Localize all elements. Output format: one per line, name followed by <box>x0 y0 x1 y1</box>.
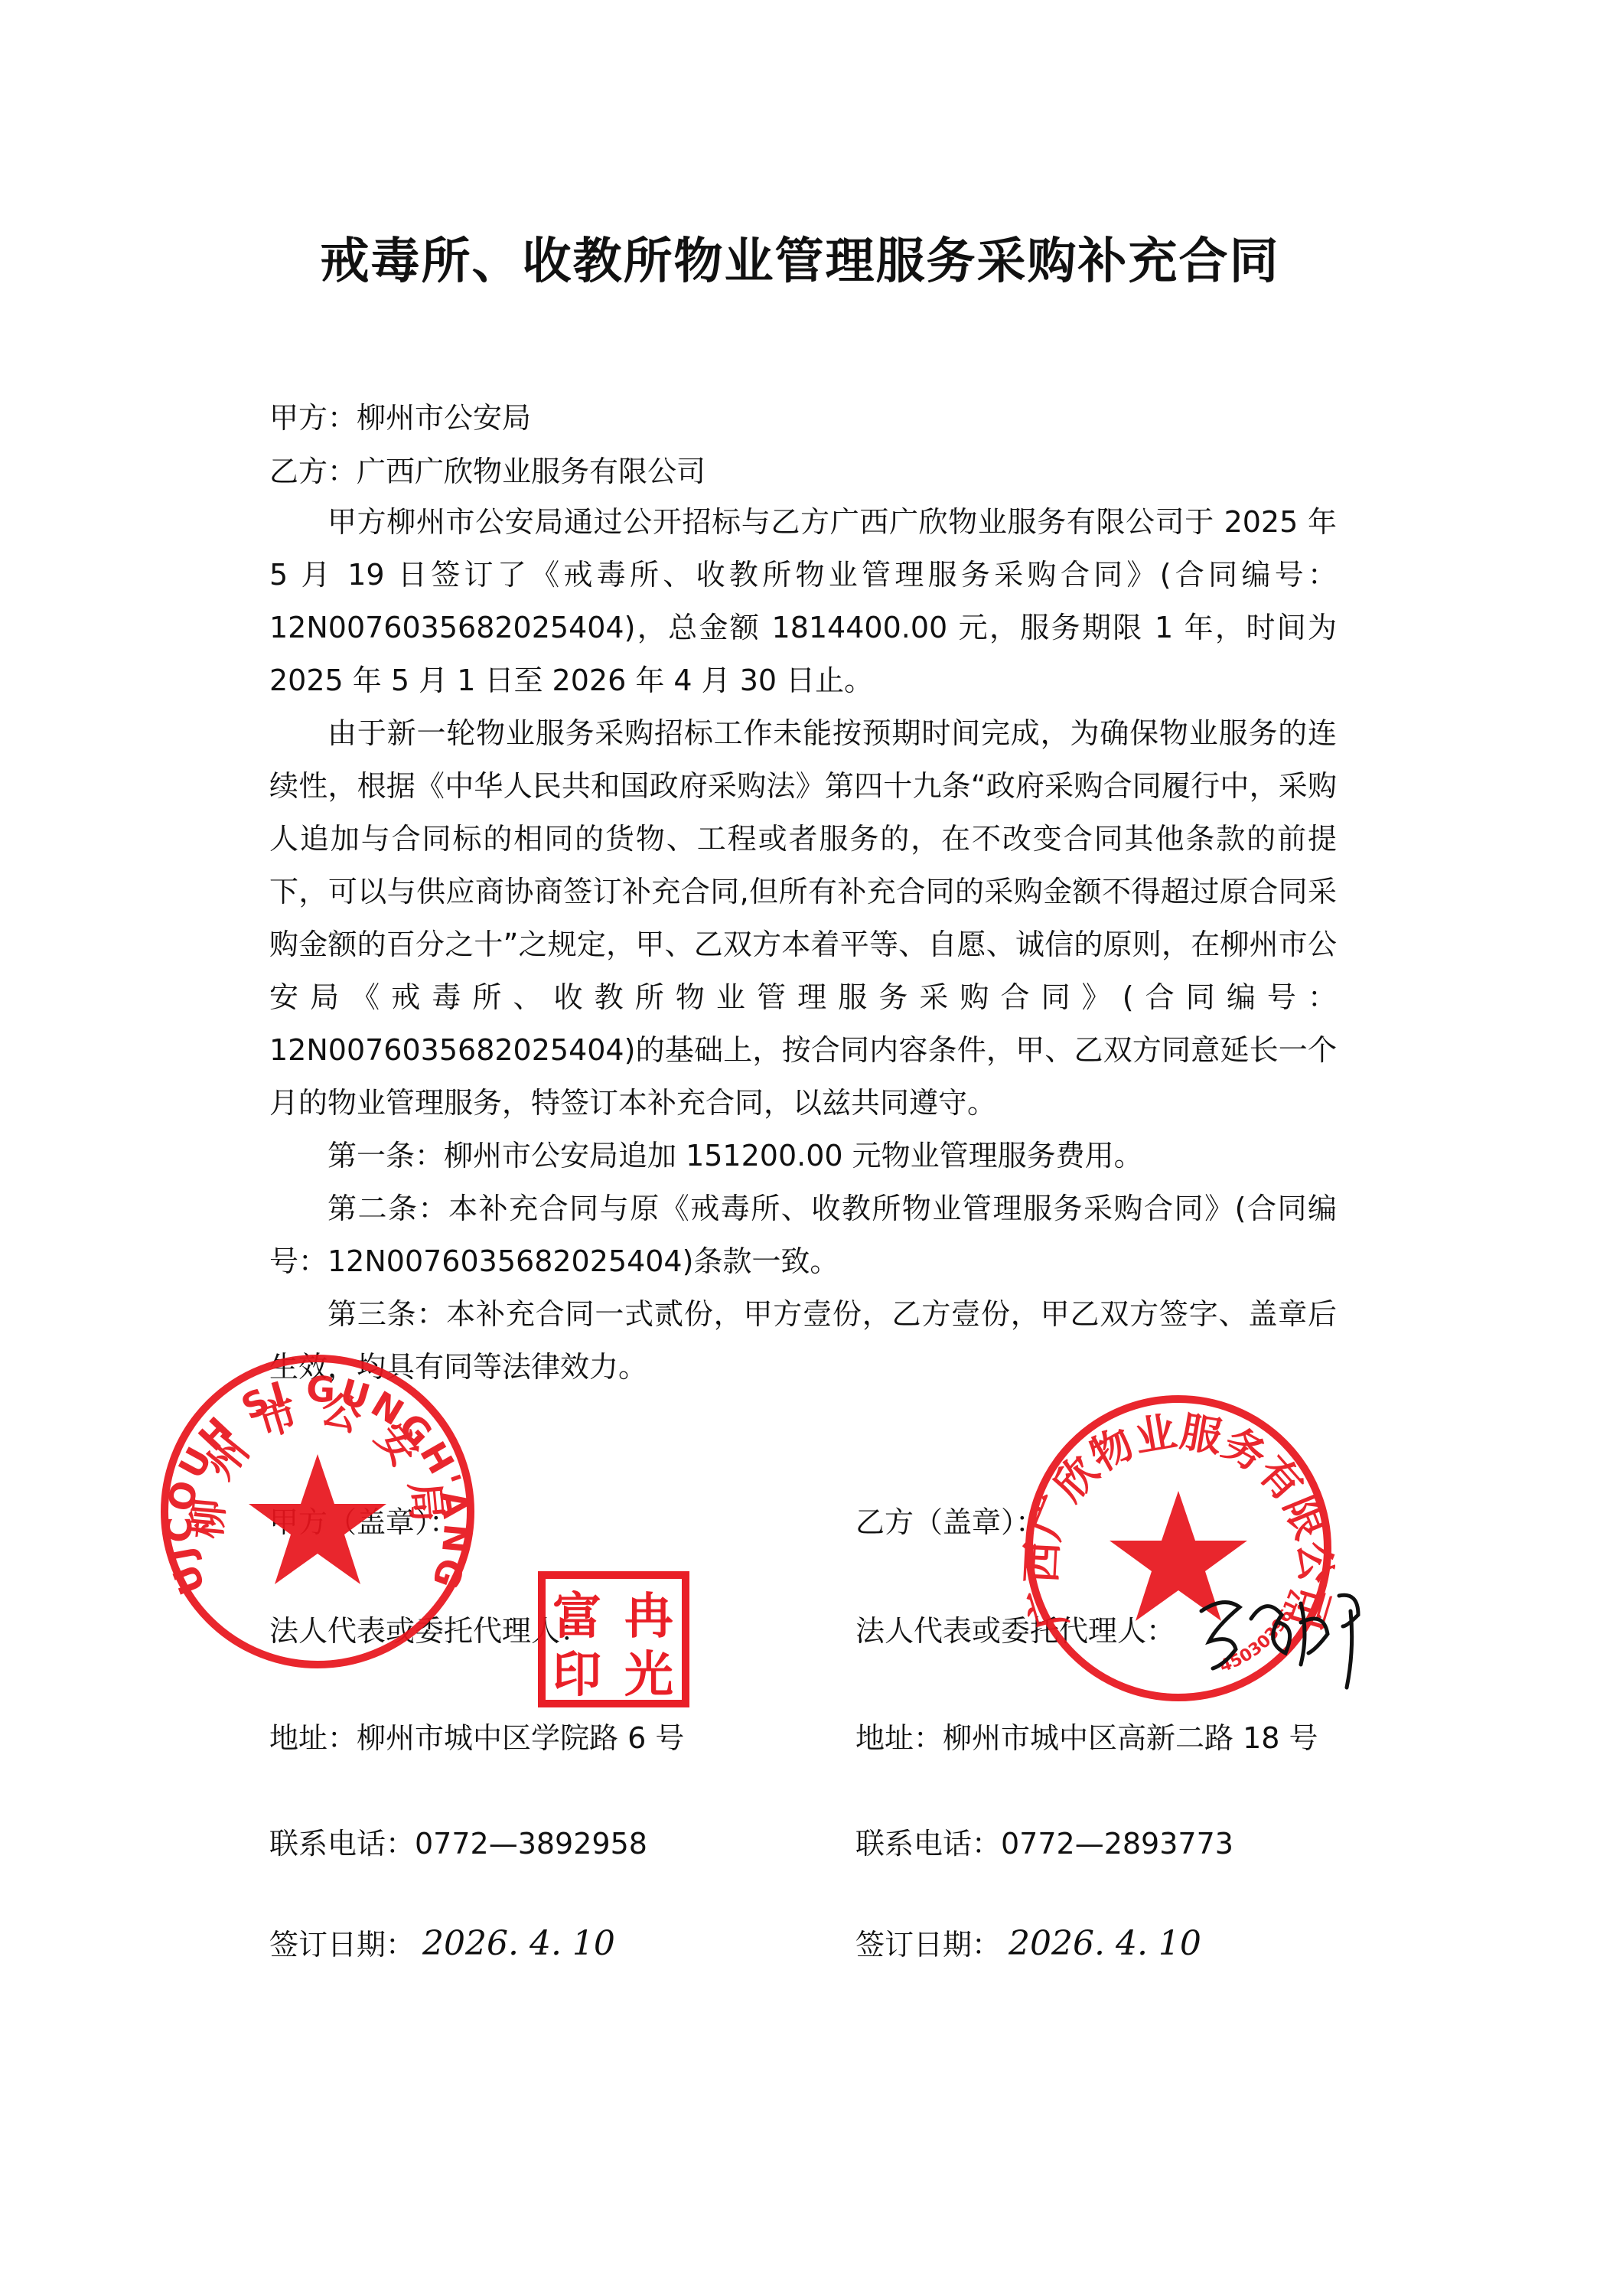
party-a-personal-seal: 富 冉 印 光 <box>537 1570 690 1708</box>
document-title: 戒毒所、收教所物业管理服务采购补充合同 <box>0 222 1600 292</box>
party-a-line: 甲方：柳州市公安局 <box>269 394 531 436</box>
party-a-sign-date: 签订日期：2026. 4. 10 <box>269 1921 615 1963</box>
party-a-date-handwritten: 2026. 4. 10 <box>422 1924 615 1963</box>
article-one: 第一条：柳州市公安局追加 151200.00 元物业管理服务费用。 <box>269 1130 1337 1182</box>
party-a-date-label: 签订日期： <box>269 1928 415 1962</box>
paragraph-legal-basis: 由于新一轮物业服务采购招标工作未能按预期时间完成，为确保物业服务的连续性，根据《… <box>269 707 1337 1130</box>
contract-body: 甲方柳州市公安局通过公开招标与乙方广西广欣物业服务有限公司于 2025 年 5 … <box>269 496 1337 1394</box>
party-a-official-seal: LIUJCOUH SI GUNGH'ANGIZ 柳州市公安局 <box>157 1351 478 1672</box>
paragraph-background: 甲方柳州市公安局通过公开招标与乙方广西广欣物业服务有限公司于 2025 年 5 … <box>269 496 1337 707</box>
seal-icon: LIUJCOUH SI GUNGH'ANGIZ 柳州市公安局 <box>157 1351 478 1672</box>
signature-scribble-icon <box>1194 1580 1377 1695</box>
party-b-handwritten-signature <box>1194 1580 1377 1695</box>
article-two: 第二条：本补充合同与原《戒毒所、收教所物业管理服务采购合同》(合同编号：12N0… <box>269 1182 1337 1288</box>
svg-text:富: 富 <box>552 1589 601 1645</box>
party-b-address: 地址：柳州市城中区高新二路 18 号 <box>855 1714 1318 1756</box>
party-b-line: 乙方：广西广欣物业服务有限公司 <box>269 448 705 490</box>
party-b-phone: 联系电话：0772—2893773 <box>855 1820 1233 1862</box>
party-b-date-label: 签订日期： <box>855 1928 1001 1962</box>
party-b-sign-date: 签订日期：2026. 4. 10 <box>855 1921 1201 1963</box>
party-a-phone: 联系电话：0772—3892958 <box>269 1820 647 1862</box>
square-seal-icon: 富 冉 印 光 <box>537 1570 690 1708</box>
party-a-address: 地址：柳州市城中区学院路 6 号 <box>269 1714 684 1756</box>
svg-text:印: 印 <box>552 1647 601 1704</box>
svg-text:光: 光 <box>624 1647 673 1704</box>
party-b-seal-label: 乙方（盖章）： <box>855 1499 1044 1541</box>
party-b-date-handwritten: 2026. 4. 10 <box>1009 1924 1201 1963</box>
svg-text:冉: 冉 <box>624 1589 673 1645</box>
